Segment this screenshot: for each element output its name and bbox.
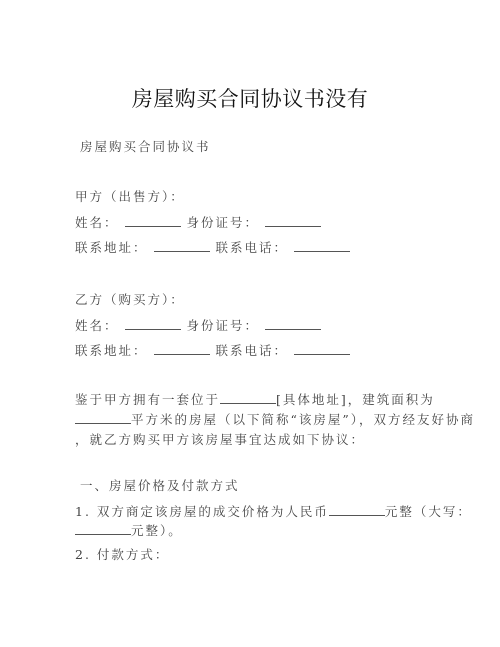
party-b-name-id-row: 姓名： 身份证号： [75, 316, 321, 334]
party-b-heading: 乙方（购买方）： [75, 290, 185, 308]
price-uppercase-blank[interactable] [75, 533, 131, 535]
party-b-phone-blank[interactable] [294, 353, 350, 355]
party-a-phone-label: 联系电话： [215, 240, 288, 255]
section-1-heading: 一、房屋价格及付款方式 [80, 476, 240, 494]
preamble-line-2: 平方米的房屋（以下简称“该房屋”），双方经友好协商 [75, 410, 475, 428]
section-1-item-1: 1. 双方商定该房屋的成交价格为人民币元整（大写： [75, 502, 472, 520]
party-b-id-blank[interactable] [265, 328, 321, 330]
item-1-text-c: 元整）。 [131, 523, 183, 538]
preamble-line-3: ，就乙方购买甲方该房屋事宜达成如下协议： [75, 430, 365, 448]
party-a-heading: 甲方（出售方）： [75, 187, 185, 205]
party-a-phone-blank[interactable] [294, 250, 350, 252]
preamble-text-1b: [具体地址]，建筑面积为 [276, 392, 435, 407]
preamble-text-2: 平方米的房屋（以下简称“该房屋”），双方经友好协商 [131, 412, 475, 427]
party-a-address-blank[interactable] [154, 250, 210, 252]
party-a-address-label: 联系地址： [75, 240, 148, 255]
preamble-line-1: 鉴于甲方拥有一套位于[具体地址]，建筑面积为 [75, 390, 435, 408]
party-a-id-label: 身份证号： [186, 215, 259, 230]
price-blank[interactable] [329, 514, 385, 516]
area-blank[interactable] [75, 422, 131, 424]
document-subtitle: 房屋购买合同协议书 [80, 137, 211, 155]
item-1-text-b: 元整（大写： [385, 504, 472, 519]
section-1-item-1-cont: 元整）。 [75, 521, 183, 539]
address-blank[interactable] [220, 402, 276, 404]
party-a-name-id-row: 姓名： 身份证号： [75, 213, 321, 231]
party-b-address-label: 联系地址： [75, 343, 148, 358]
party-b-phone-label: 联系电话： [215, 343, 288, 358]
section-1-item-2: 2. 付款方式： [75, 545, 169, 563]
party-b-address-phone-row: 联系地址： 联系电话： [75, 341, 350, 359]
party-a-name-label: 姓名： [75, 215, 119, 230]
party-a-name-blank[interactable] [125, 225, 181, 227]
document-title: 房屋购买合同协议书没有 [0, 83, 500, 113]
preamble-text-1a: 鉴于甲方拥有一套位于 [75, 392, 220, 407]
party-a-id-blank[interactable] [265, 225, 321, 227]
item-1-text-a: 1. 双方商定该房屋的成交价格为人民币 [75, 504, 329, 519]
party-b-id-label: 身份证号： [186, 318, 259, 333]
party-b-address-blank[interactable] [154, 353, 210, 355]
party-b-name-blank[interactable] [125, 328, 181, 330]
party-a-address-phone-row: 联系地址： 联系电话： [75, 238, 350, 256]
party-b-name-label: 姓名： [75, 318, 119, 333]
